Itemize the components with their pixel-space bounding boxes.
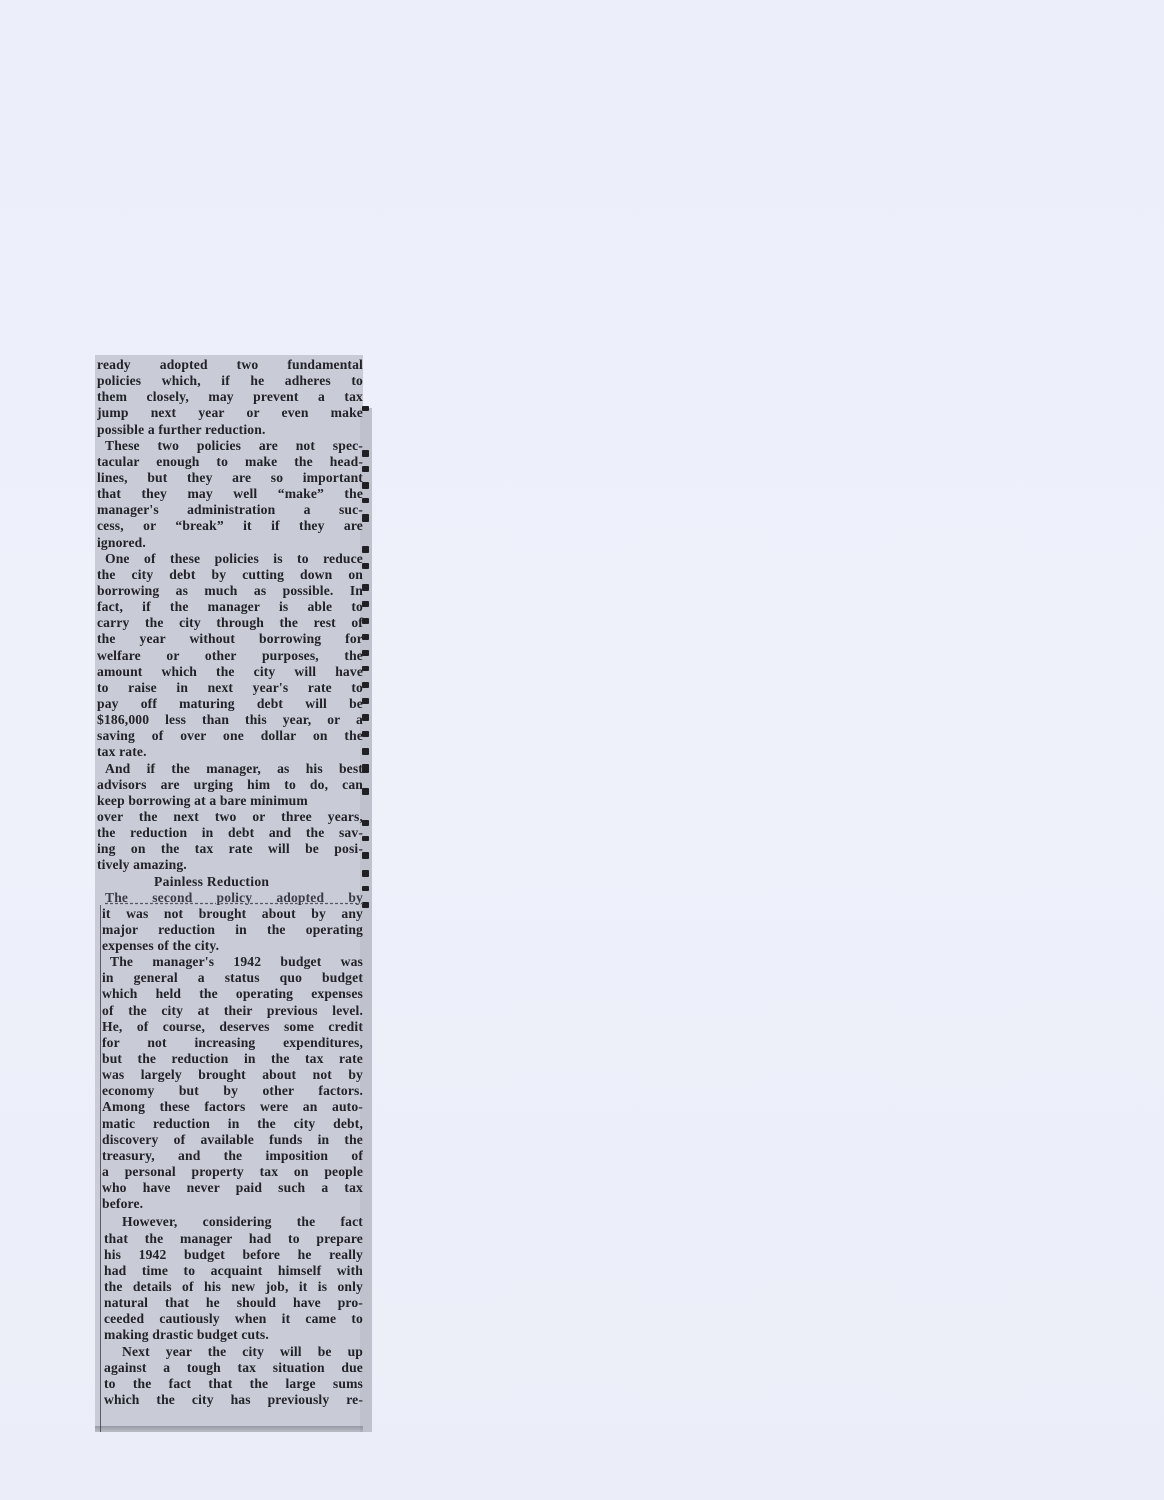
text-line: policies which, if he adheres to bbox=[97, 373, 363, 389]
strip-fragment-mark bbox=[362, 852, 369, 859]
text-line: jump next year or even make bbox=[97, 405, 363, 421]
strip-fragment-mark bbox=[362, 714, 369, 721]
strip-fragment-mark bbox=[362, 584, 369, 591]
strip-fragment-mark bbox=[362, 666, 369, 671]
paragraph: However, considering the fact that the m… bbox=[97, 1214, 363, 1343]
text-line: that the manager had to prepare bbox=[104, 1231, 363, 1247]
text-line: discovery of available funds in the bbox=[102, 1132, 363, 1148]
strip-fragment-mark bbox=[362, 886, 369, 891]
strip-fragment-mark bbox=[362, 836, 369, 841]
text-line: fact, if the manager is able to bbox=[97, 599, 363, 615]
text-line-smudged: The second policy adopted by bbox=[97, 890, 363, 906]
paragraph: The manager's 1942 budget was in general… bbox=[97, 954, 363, 1212]
text-line: expenses of the city. bbox=[97, 938, 363, 954]
text-line: welfare or other purposes, the bbox=[97, 648, 363, 664]
strip-fragment-mark bbox=[362, 650, 369, 656]
text-line: advisors are urging him to do, can bbox=[97, 777, 363, 793]
text-line: of the city at their previous level. bbox=[102, 1003, 363, 1019]
text-line: making drastic budget cuts. bbox=[104, 1327, 363, 1343]
strip-fragment-mark bbox=[362, 406, 369, 411]
text-line: economy but by other factors. bbox=[102, 1083, 363, 1099]
paragraph: One of these policies is to reduce the c… bbox=[97, 551, 363, 761]
text-line: that they may well “make” the bbox=[97, 486, 363, 502]
text-line: pay off maturing debt will be bbox=[97, 696, 363, 712]
strip-fragment-mark bbox=[362, 902, 369, 908]
text-line: matic reduction in the city debt, bbox=[102, 1116, 363, 1132]
text-line: for not increasing expenditures, bbox=[102, 1035, 363, 1051]
text-line: amount which the city will have bbox=[97, 664, 363, 680]
text-line: a personal property tax on people bbox=[102, 1164, 363, 1180]
strip-fragment-mark bbox=[362, 634, 369, 640]
text-line: saving of over one dollar on the bbox=[97, 728, 363, 744]
text-line: the details of his new job, it is only bbox=[104, 1279, 363, 1295]
text-line: Next year the city will be up bbox=[104, 1344, 363, 1360]
text-line: ceeded cautiously when it came to bbox=[104, 1311, 363, 1327]
text-line: He, of course, deserves some credit bbox=[102, 1019, 363, 1035]
text-line: in general a status quo budget bbox=[102, 970, 363, 986]
text-line: tively amazing. bbox=[97, 857, 363, 873]
text-line: One of these policies is to reduce bbox=[97, 551, 363, 567]
text-line: However, considering the fact bbox=[104, 1214, 363, 1230]
strip-fragment-mark bbox=[362, 466, 369, 472]
strip-fragment-mark bbox=[362, 514, 369, 522]
text-line: but the reduction in the tax rate bbox=[102, 1051, 363, 1067]
text-line: These two policies are not spec- bbox=[97, 438, 363, 454]
text-line: which the city has previously re- bbox=[104, 1392, 363, 1408]
text-line: the reduction in debt and the sav- bbox=[97, 825, 363, 841]
strip-fragment-mark bbox=[362, 682, 369, 688]
subheading-text: Painless Reduction bbox=[97, 874, 363, 890]
text-line: manager's administration a suc- bbox=[97, 502, 363, 518]
text-line: to raise in next year's rate to bbox=[97, 680, 363, 696]
paragraph: ready adopted two fundamental policies w… bbox=[97, 357, 363, 438]
text-line: natural that he should have pro- bbox=[104, 1295, 363, 1311]
strip-fragment-mark bbox=[362, 731, 369, 737]
text-line: keep borrowing at a bare minimum bbox=[97, 793, 363, 809]
text-line: his 1942 budget before he really bbox=[104, 1247, 363, 1263]
strip-fragment-mark bbox=[362, 764, 369, 773]
text-line: major reduction in the operating bbox=[97, 922, 363, 938]
text-line: the city debt by cutting down on bbox=[97, 567, 363, 583]
text-line: tacular enough to make the head- bbox=[97, 454, 363, 470]
text-line: who have never paid such a tax bbox=[102, 1180, 363, 1196]
paragraph: Next year the city will be up against a … bbox=[97, 1344, 363, 1409]
text-line: carry the city through the rest of bbox=[97, 615, 363, 631]
text-line: treasury, and the imposition of bbox=[102, 1148, 363, 1164]
strip-fragment-mark bbox=[362, 498, 369, 503]
text-line: before. bbox=[102, 1196, 363, 1212]
strip-fragment-mark bbox=[362, 698, 369, 704]
strip-fragment-mark bbox=[362, 618, 369, 624]
text-line: the year without borrowing for bbox=[97, 631, 363, 647]
text-line: had time to acquaint himself with bbox=[104, 1263, 363, 1279]
text-line: Among these factors were an auto- bbox=[102, 1099, 363, 1115]
text-line: $186,000 less than this year, or a bbox=[97, 712, 363, 728]
text-line: And if the manager, as his best bbox=[97, 761, 363, 777]
strip-fragment-mark bbox=[362, 450, 369, 457]
text-line: which held the operating expenses bbox=[102, 986, 363, 1002]
text-line: ready adopted two fundamental bbox=[97, 357, 363, 373]
text-line: ing on the tax rate will be posi- bbox=[97, 841, 363, 857]
text-line: borrowing as much as possible. In bbox=[97, 583, 363, 599]
paragraph: These two policies are not spec- tacular… bbox=[97, 438, 363, 551]
text-line: The manager's 1942 budget was bbox=[102, 954, 363, 970]
text-line: ignored. bbox=[97, 535, 363, 551]
strip-fragment-mark bbox=[362, 546, 369, 553]
text-line: to the fact that the large sums bbox=[104, 1376, 363, 1392]
text-line: them closely, may prevent a tax bbox=[97, 389, 363, 405]
clipping-torn-edge bbox=[95, 1426, 363, 1432]
strip-fragment-mark bbox=[362, 748, 369, 755]
paragraph: The second policy adopted by it was not … bbox=[97, 890, 363, 955]
subheading: Painless Reduction bbox=[97, 874, 363, 890]
text-line: over the next two or three years, bbox=[97, 809, 363, 825]
strip-fragment-mark bbox=[362, 788, 369, 795]
text-line: was largely brought about not by bbox=[102, 1067, 363, 1083]
text-line: possible a further reduction. bbox=[97, 422, 363, 438]
text-line: cess, or “break” it if they are bbox=[97, 518, 363, 534]
strip-fragment-mark bbox=[362, 820, 369, 826]
paragraph: And if the manager, as his best advisors… bbox=[97, 761, 363, 874]
text-line: against a tough tax situation due bbox=[104, 1360, 363, 1376]
strip-fragment-mark bbox=[362, 482, 369, 489]
article-text: ready adopted two fundamental policies w… bbox=[97, 357, 363, 1408]
text-line: tax rate. bbox=[97, 744, 363, 760]
strip-fragment-mark bbox=[362, 870, 369, 877]
strip-fragment-mark bbox=[362, 563, 369, 569]
strip-fragment-mark bbox=[362, 601, 369, 607]
text-line: it was not brought about by any bbox=[97, 906, 363, 922]
text-line: lines, but they are so important bbox=[97, 470, 363, 486]
